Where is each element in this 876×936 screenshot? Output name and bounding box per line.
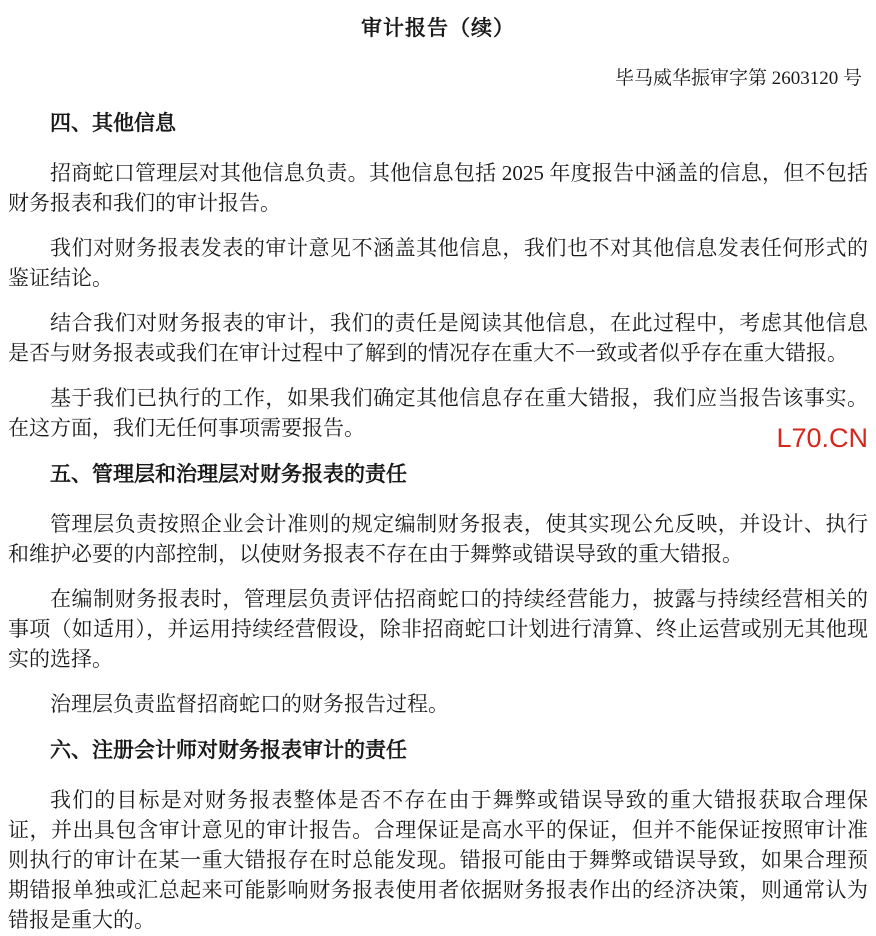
section-heading: 六、注册会计师对财务报表审计的责任 <box>8 737 868 765</box>
paragraph: 在编制财务报表时，管理层负责评估招商蛇口的持续经营能力，披露与持续经营相关的事项… <box>8 584 868 674</box>
section-heading: 五、管理层和治理层对财务报表的责任 <box>8 461 868 489</box>
audit-report-page: 审计报告（续） 毕马威华振审字第 2603120 号 四、其他信息 招商蛇口管理… <box>0 0 876 936</box>
audit-reference-number: 毕马威华振审字第 2603120 号 <box>8 66 862 92</box>
section-auditor-responsibilities: 六、注册会计师对财务报表审计的责任 我们的目标是对财务报表整体是否不存在由于舞弊… <box>8 737 868 935</box>
site-watermark: L70.CN <box>776 423 868 453</box>
paragraph: 治理层负责监督招商蛇口的财务报告过程。 <box>8 689 868 719</box>
paragraph: 招商蛇口管理层对其他信息负责。其他信息包括 2025 年度报告中涵盖的信息，但不… <box>8 158 868 218</box>
section-other-information: 四、其他信息 招商蛇口管理层对其他信息负责。其他信息包括 2025 年度报告中涵… <box>8 110 868 443</box>
section-management-responsibilities: 五、管理层和治理层对财务报表的责任 管理层负责按照企业会计准则的规定编制财务报表… <box>8 461 868 719</box>
paragraph: 我们对财务报表发表的审计意见不涵盖其他信息，我们也不对其他信息发表任何形式的鉴证… <box>8 233 868 293</box>
paragraph: 基于我们已执行的工作，如果我们确定其他信息存在重大错报，我们应当报告该事实。在这… <box>8 383 868 443</box>
paragraph: 管理层负责按照企业会计准则的规定编制财务报表，使其实现公允反映，并设计、执行和维… <box>8 509 868 569</box>
paragraph: 结合我们对财务报表的审计，我们的责任是阅读其他信息，在此过程中，考虑其他信息是否… <box>8 308 868 368</box>
paragraph: 我们的目标是对财务报表整体是否不存在由于舞弊或错误导致的重大错报获取合理保证，并… <box>8 785 868 935</box>
section-heading: 四、其他信息 <box>8 110 868 138</box>
document-title: 审计报告（续） <box>8 16 868 42</box>
